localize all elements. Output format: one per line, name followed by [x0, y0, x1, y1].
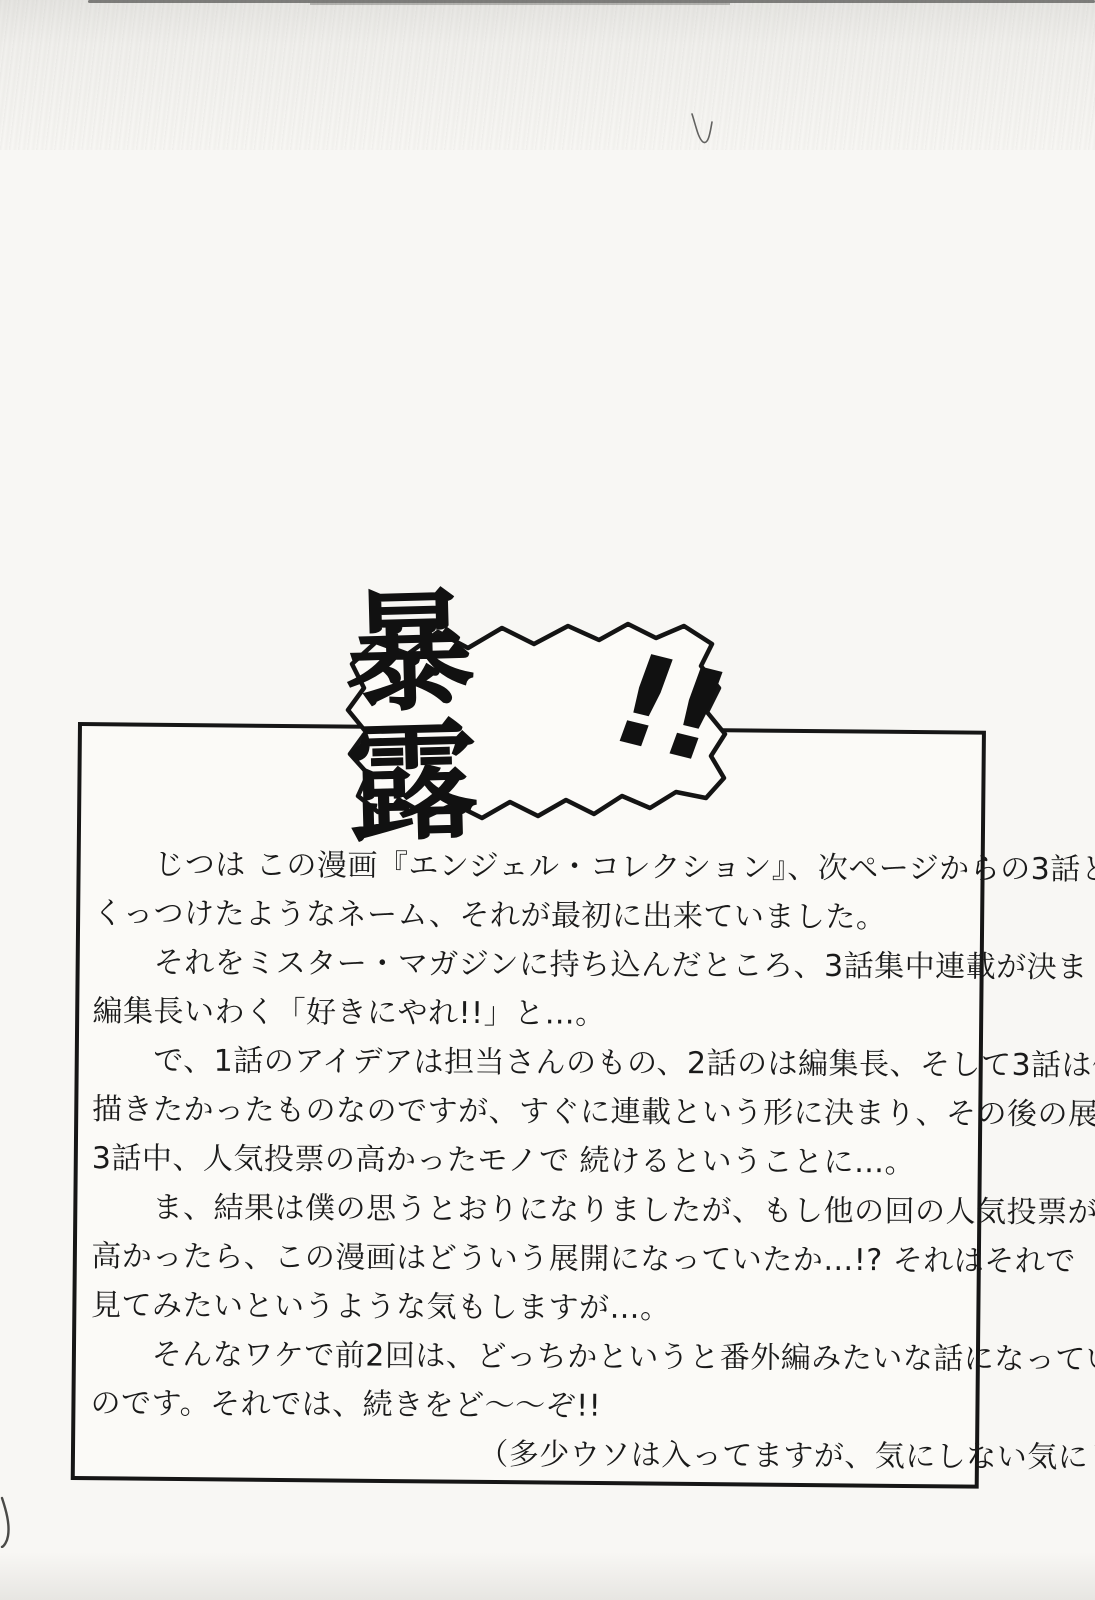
pen-squiggle-mark — [688, 112, 722, 148]
title-text: 暴露 !! — [346, 626, 716, 806]
note-line: 3話中、人気投票の高かったモノで 続けるということに…。 — [92, 1134, 970, 1188]
note-line: くっつけたようなネーム、それが最初に出来ていました。 — [93, 889, 971, 943]
note-line: 編集長いわく「好きにやれ!!」と…。 — [92, 987, 970, 1041]
note-footnote: （多少ウソは入ってますが、気にしない気にしない…） — [90, 1428, 968, 1482]
note-line: じつは この漫画『エンジェル・コレクション』、次ページからの3話と4話を — [93, 840, 971, 894]
title-bubble: 暴露 !! — [316, 604, 744, 830]
scan-shade-bottom — [0, 1552, 1095, 1600]
manga-afterword-page: じつは この漫画『エンジェル・コレクション』、次ページからの3話と4話を くっつ… — [0, 0, 1095, 1600]
note-line: それをミスター・マガジンに持ち込んだところ、3話集中連載が決まり — [93, 938, 971, 992]
note-line: のです。それでは、続きをど〜〜ぞ!! — [90, 1379, 968, 1433]
note-line: そんなワケで前2回は、どっちかというと番外編みたいな話になっている — [91, 1330, 969, 1384]
note-line: 高かったら、この漫画はどういう展開になっていたか…!? それはそれで — [91, 1232, 969, 1286]
title-kanji: 暴露 — [343, 583, 611, 850]
author-note-text: じつは この漫画『エンジェル・コレクション』、次ページからの3話と4話を くっつ… — [90, 840, 971, 1482]
scan-edge-line — [310, 3, 730, 5]
scan-mark-bottom-left — [0, 1496, 18, 1548]
note-line: で、1話のアイデアは担当さんのもの、2話のは編集長、そして3話は僕の — [92, 1036, 970, 1090]
note-line: 見てみたいというような気もしますが…。 — [91, 1281, 969, 1335]
note-line: 描きたかったものなのですが、すぐに連載という形に決まり、その後の展開は — [92, 1085, 970, 1139]
scan-noise-texture — [0, 0, 1095, 150]
note-line: ま、結果は僕の思うとおりになりましたが、もし他の回の人気投票が — [91, 1183, 969, 1237]
